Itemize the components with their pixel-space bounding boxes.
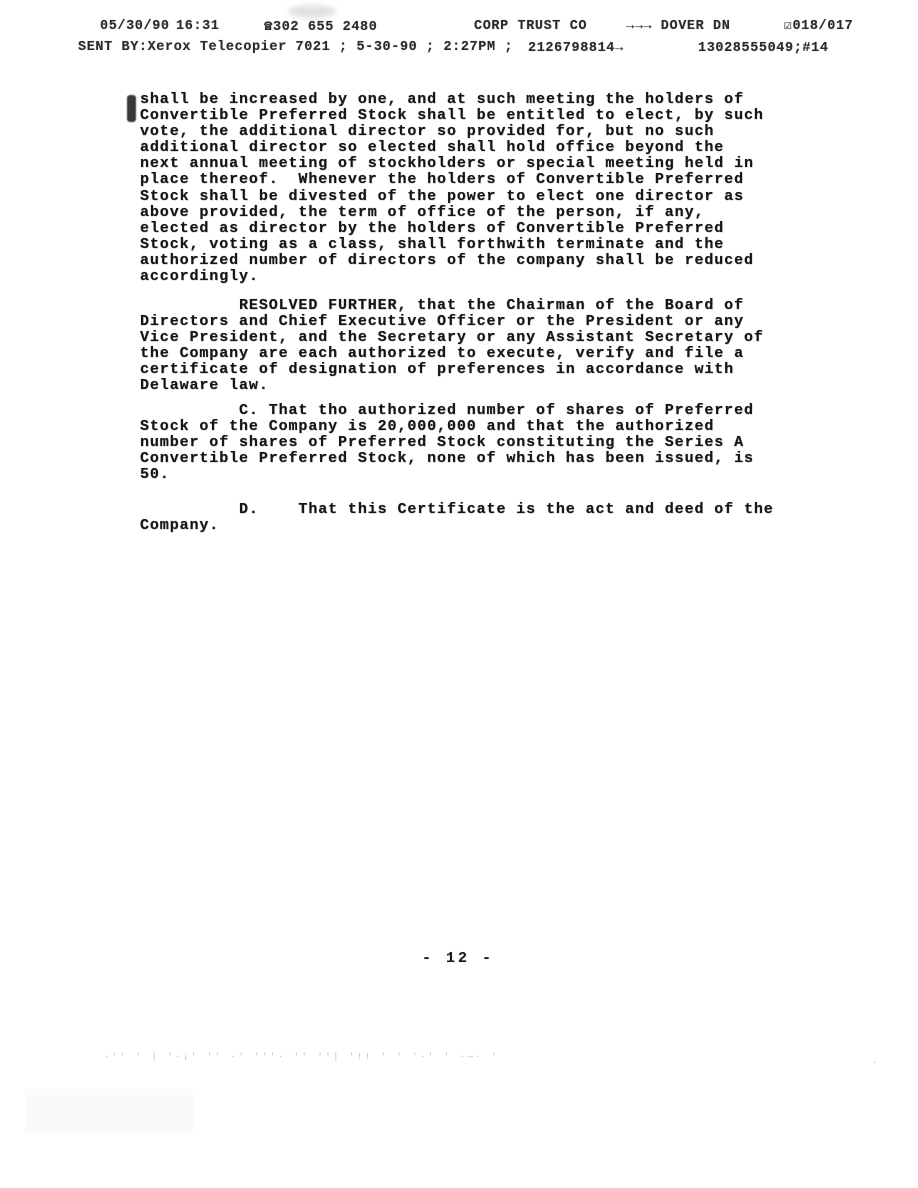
fax-route: →→→ DOVER DN: [626, 19, 730, 34]
fax-to-number: 13028555049;#14: [698, 41, 829, 56]
paragraph-item-c: C. That tho authorized number of shares …: [140, 403, 792, 483]
fax-sent-by: SENT BY:Xerox Telecopier 7021 ; 5-30-90 …: [78, 40, 513, 55]
scan-artifact-text: ·'' ' | '·¡' '' ·' '''· '' ''| '!! ' ' '…: [104, 1052, 624, 1062]
scan-artifact-box: [25, 1089, 193, 1133]
phone-icon: ☎: [264, 19, 273, 35]
paragraph-item-d: D. That this Certificate is the act and …: [140, 502, 792, 534]
paragraph-directors-election: shall be increased by one, and at such m…: [140, 92, 792, 285]
scan-smudge: [288, 5, 336, 18]
paragraph-resolved-further: RESOLVED FURTHER, that the Chairman of t…: [140, 298, 792, 395]
fax-page-count-block: ☑018/017: [784, 18, 853, 34]
fax-time: 16:31: [176, 19, 220, 34]
page-number: - 12 -: [388, 950, 528, 967]
scan-artifact-mark: ·: [872, 1058, 877, 1068]
fax-phone-number: 302 655 2480: [273, 20, 377, 35]
ink-smudge: [127, 95, 136, 122]
fax-page-count: 018/017: [792, 19, 853, 34]
fax-from-number: 2126798814→: [528, 41, 624, 56]
fax-phone-block: ☎302 655 2480: [264, 18, 377, 35]
fax-page: 05/30/90 16:31 ☎302 655 2480 CORP TRUST …: [0, 0, 918, 1188]
fax-date: 05/30/90: [100, 19, 170, 34]
fax-sender-name: CORP TRUST CO: [474, 19, 587, 34]
